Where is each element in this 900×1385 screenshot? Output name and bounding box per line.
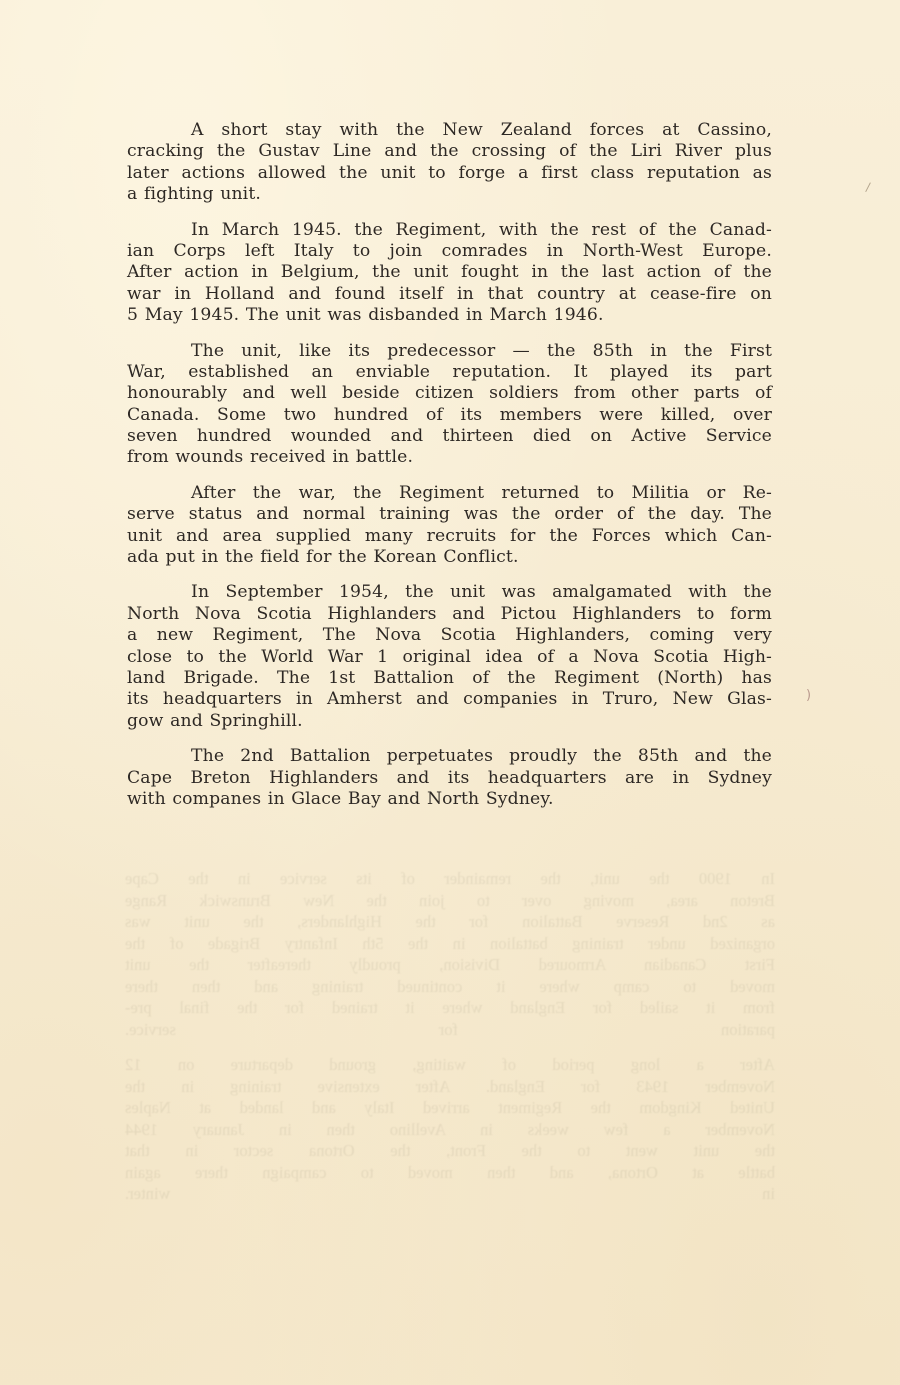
text-line: 5 May 1945. The unit was disbanded in Ma… — [127, 305, 772, 326]
text-line: cracking the Gustav Line and the crossin… — [127, 141, 772, 162]
paragraph-cassino: A short stay with the New Zealand forces… — [127, 120, 772, 206]
text-line: seven hundred wounded and thirteen died … — [127, 426, 772, 447]
pen-tick-mark: / — [865, 180, 871, 194]
reverse-side-show-through: In 1900 the unit, the remainder of its s… — [125, 868, 775, 1205]
text-line: ian Corps left Italy to join comrades in… — [127, 241, 772, 262]
text-line: ada put in the field for the Korean Conf… — [127, 547, 772, 568]
text-line: The unit, like its predecessor — the 85t… — [127, 341, 772, 362]
text-line: In March 1945. the Regiment, with the re… — [127, 220, 772, 241]
scanned-document-page: In 1900 the unit, the remainder of its s… — [0, 0, 900, 1385]
paragraph-after-the-war: After the war, the Regiment returned to … — [127, 483, 772, 569]
show-through-line: in winter. — [125, 1183, 775, 1205]
text-line: a fighting unit. — [127, 184, 772, 205]
text-line: close to the World War 1 original idea o… — [127, 647, 772, 668]
text-line: War, established an enviable reputation.… — [127, 362, 772, 383]
show-through-line: paration for service. — [125, 1019, 775, 1041]
text-line: After action in Belgium, the unit fought… — [127, 262, 772, 283]
paragraph-north-west-europe: In March 1945. the Regiment, with the re… — [127, 220, 772, 327]
text-line: unit and area supplied many recruits for… — [127, 526, 772, 547]
show-through-line: November 1943 for England. After extensi… — [125, 1076, 775, 1098]
text-line: land Brigade. The 1st Battalion of the R… — [127, 668, 772, 689]
show-through-line: from it sailed for England where it trai… — [125, 997, 775, 1019]
show-through-line: Breton area, moving over to join the New… — [125, 890, 775, 912]
paragraph-2nd-battalion: The 2nd Battalion perpetuates proudly th… — [127, 746, 772, 810]
show-through-line: First Canadian Armoured Division, proudl… — [125, 954, 775, 976]
text-line: a new Regiment, The Nova Scotia Highland… — [127, 625, 772, 646]
pen-curl-mark: ) — [806, 688, 811, 703]
show-through-line: In 1900 the unit, the remainder of its s… — [125, 868, 775, 890]
text-line: North Nova Scotia Highlanders and Pictou… — [127, 604, 772, 625]
text-line: After the war, the Regiment returned to … — [127, 483, 772, 504]
text-line: Cape Breton Highlanders and its headquar… — [127, 768, 772, 789]
show-through-line: as 2nd Reserve Battalion for the Highlan… — [125, 911, 775, 933]
paragraph-reputation: The unit, like its predecessor — the 85t… — [127, 341, 772, 469]
text-line: A short stay with the New Zealand forces… — [127, 120, 772, 141]
text-line: Canada. Some two hundred of its members … — [127, 405, 772, 426]
text-line: from wounds received in battle. — [127, 447, 772, 468]
text-line: its headquarters in Amherst and companie… — [127, 689, 772, 710]
show-through-line: November a few weeks in Avellino then in… — [125, 1119, 775, 1141]
show-through-line: the unit went to the Front, the Ortona s… — [125, 1140, 775, 1162]
show-through-line: After a long period of waiting, ground d… — [125, 1054, 775, 1076]
show-through-gap — [125, 1040, 775, 1054]
text-line: with companes in Glace Bay and North Syd… — [127, 789, 772, 810]
show-through-line: United Kingdom the Regiment arrived Ital… — [125, 1097, 775, 1119]
text-line: war in Holland and found itself in that … — [127, 284, 772, 305]
show-through-line: organized under training battalion in th… — [125, 933, 775, 955]
text-line: The 2nd Battalion perpetuates proudly th… — [127, 746, 772, 767]
paragraph-amalgamation: In September 1954, the unit was amalgama… — [127, 582, 772, 732]
text-line: gow and Springhill. — [127, 711, 772, 732]
text-line: honourably and well beside citizen soldi… — [127, 383, 772, 404]
text-line: In September 1954, the unit was amalgama… — [127, 582, 772, 603]
show-through-line: battle at Ortona, and then moved to camp… — [125, 1162, 775, 1184]
show-through-line: moved to camp where it continued trainin… — [125, 976, 775, 998]
document-body: A short stay with the New Zealand forces… — [127, 120, 772, 824]
text-line: serve status and normal training was the… — [127, 504, 772, 525]
text-line: later actions allowed the unit to forge … — [127, 163, 772, 184]
